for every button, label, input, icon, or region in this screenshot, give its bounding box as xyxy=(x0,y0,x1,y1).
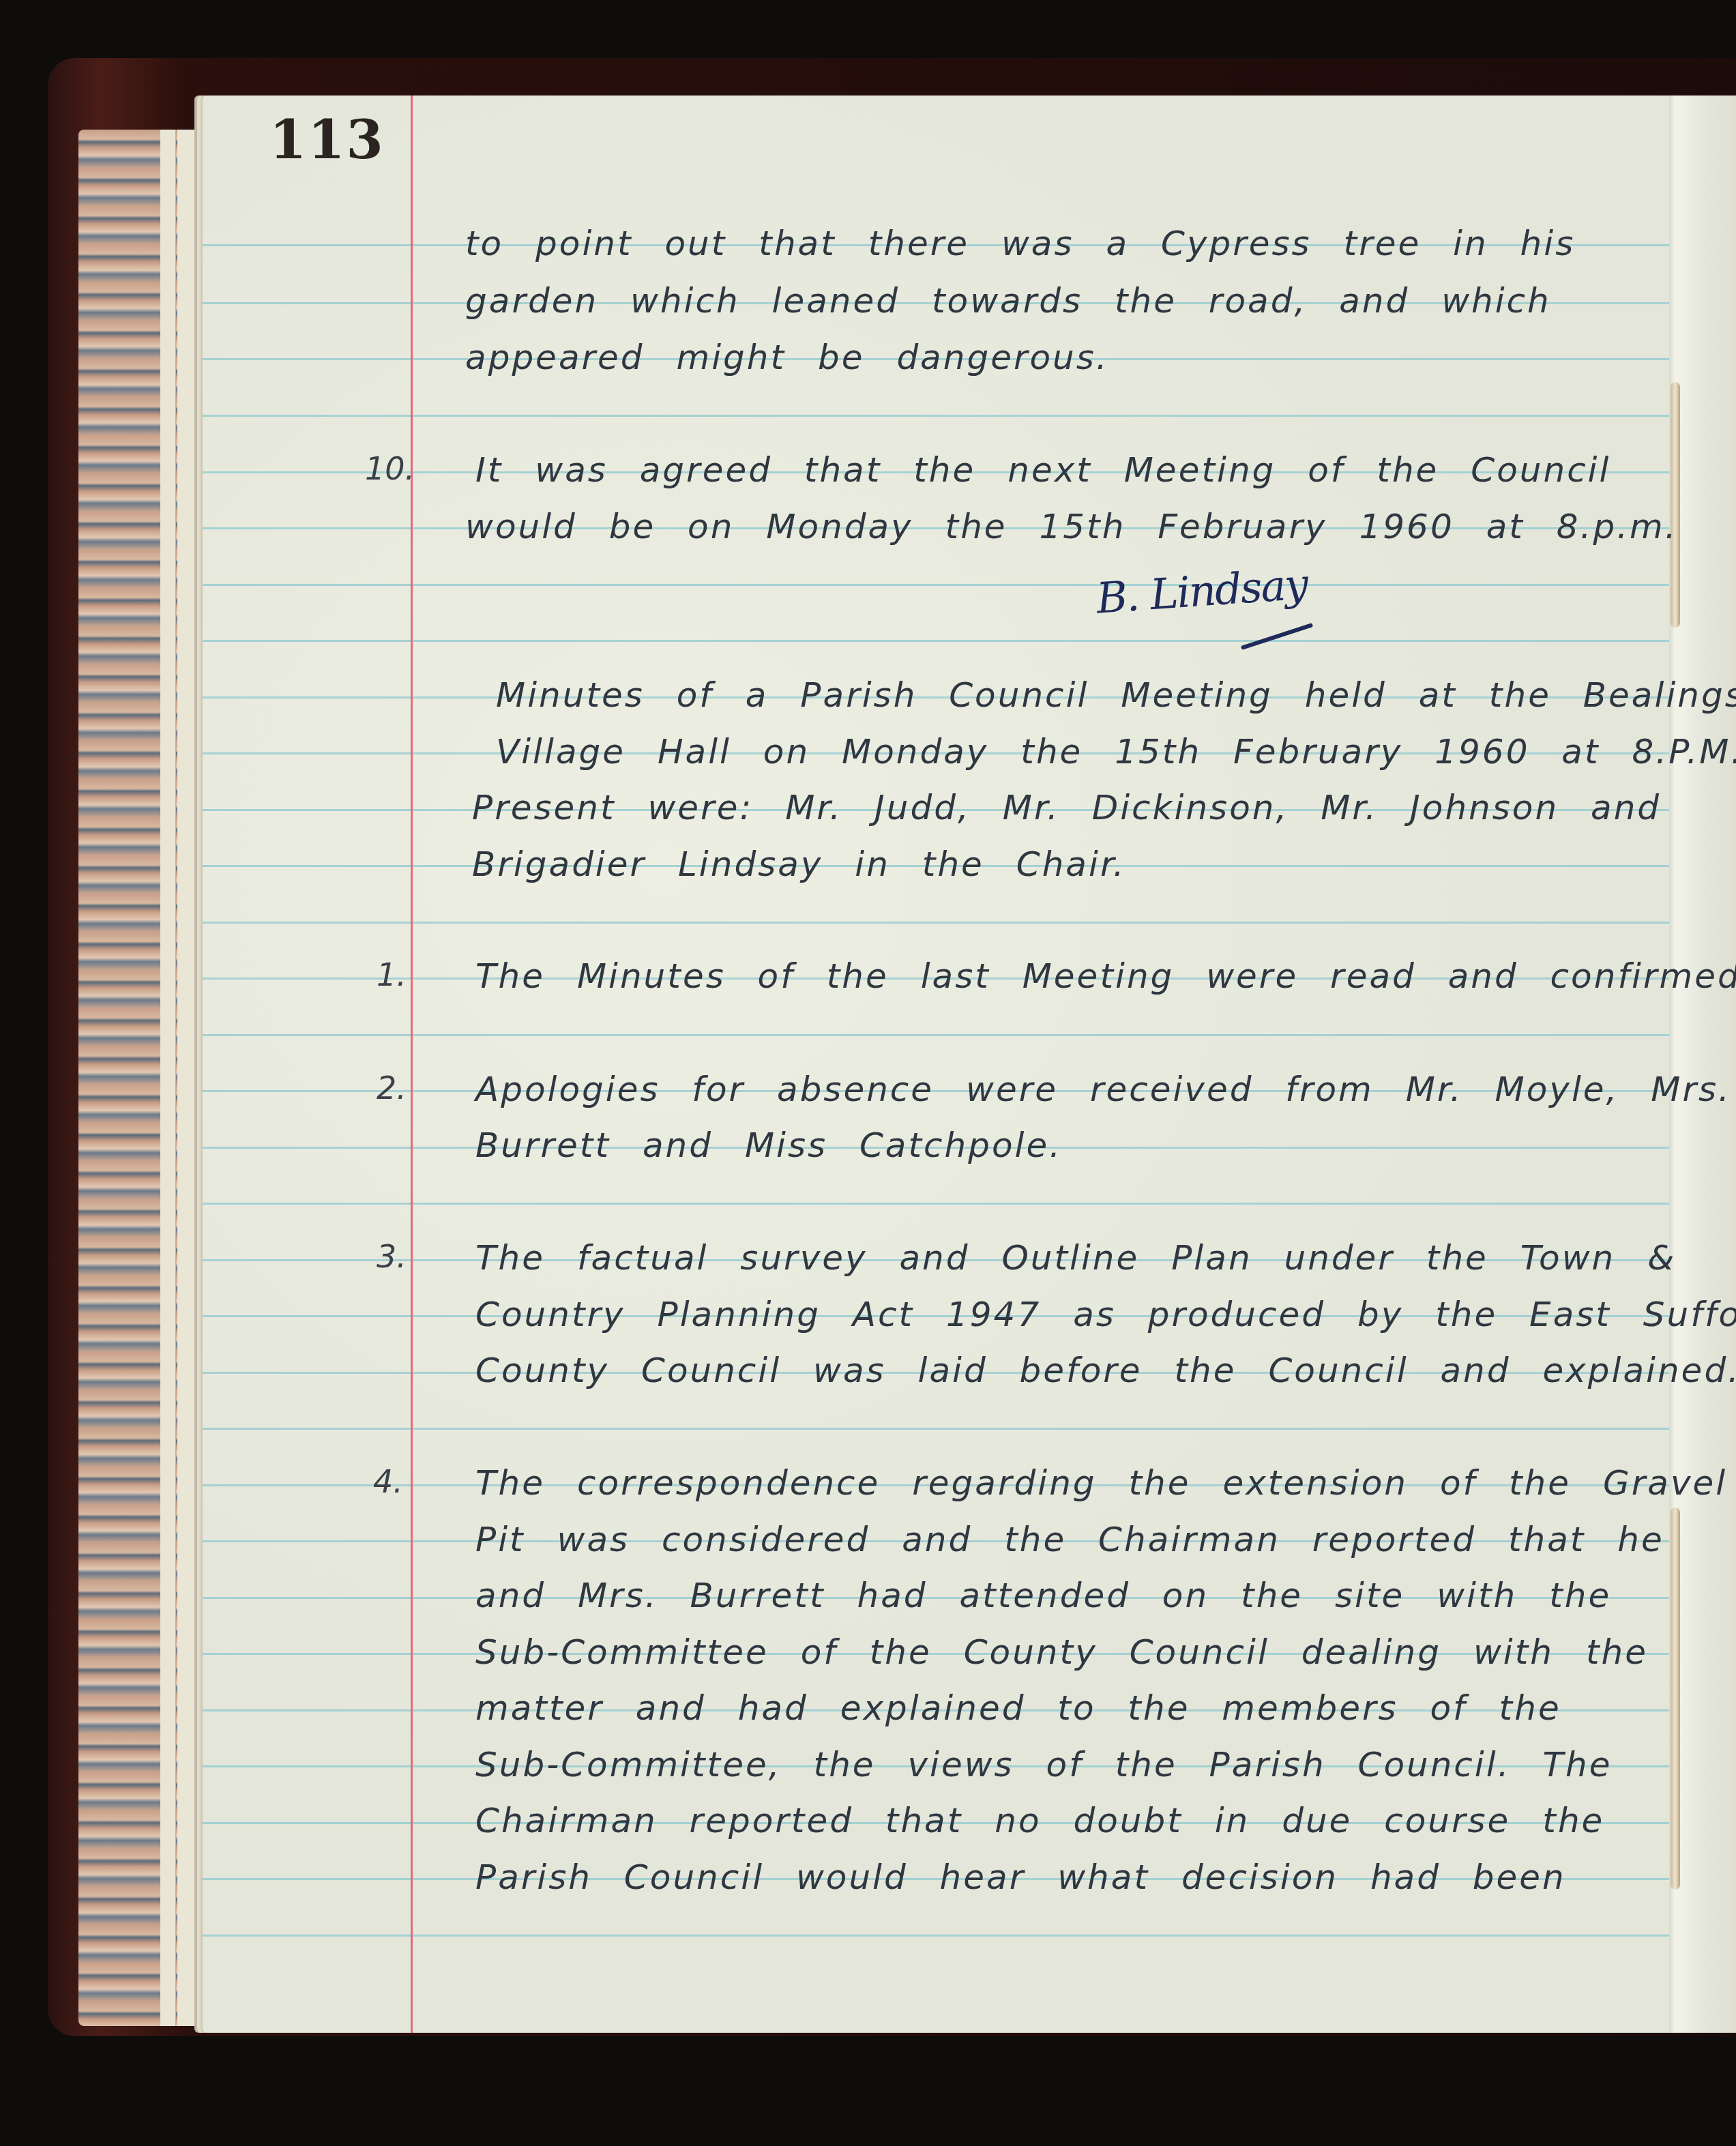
text-line: would be on Monday the 15th February 196… xyxy=(465,507,1678,546)
attendance-line: Brigadier Lindsay in the Chair. xyxy=(472,844,1126,884)
text-line: to point out that there was a Cypress tr… xyxy=(465,224,1575,263)
chairman-signature: B. Lindsay xyxy=(1095,559,1309,623)
text-line: The Minutes of the last Meeting were rea… xyxy=(475,956,1736,996)
text-line: Parish Council would hear what decision … xyxy=(475,1857,1566,1897)
margin-line xyxy=(411,95,413,2033)
text-line: garden which leaned towards the road, an… xyxy=(465,281,1551,321)
text-line: matter and had explained to the members … xyxy=(475,1688,1561,1728)
text-line: Burrett and Miss Catchpole. xyxy=(475,1126,1062,1165)
binding-thread xyxy=(1671,1508,1680,1890)
page-leaf xyxy=(160,130,176,2026)
text-line: and Mrs. Burrett had attended on the sit… xyxy=(475,1576,1611,1615)
text-line: Chairman reported that no doubt in due c… xyxy=(475,1801,1604,1840)
notebook-page: 113 to point out that there was a Cypres… xyxy=(203,95,1736,2033)
text-line: The factual survey and Outline Plan unde… xyxy=(475,1238,1676,1278)
meeting-heading-line: Village Hall on Monday the 15th February… xyxy=(496,732,1736,771)
text-line: appeared might be dangerous. xyxy=(465,338,1109,377)
text-line: Sub-Committee of the County Council deal… xyxy=(475,1632,1648,1672)
text-line: It was agreed that the next Meeting of t… xyxy=(475,450,1610,490)
text-line: Pit was considered and the Chairman repo… xyxy=(475,1520,1664,1559)
ruled-line xyxy=(203,1034,1736,1036)
item-number: 4. xyxy=(373,1463,403,1500)
ruled-line xyxy=(203,415,1736,417)
item-number: 2. xyxy=(377,1070,407,1106)
text-line: Apologies for absence were received from… xyxy=(475,1070,1731,1109)
text-line: The correspondence regarding the extensi… xyxy=(475,1463,1727,1503)
ruled-line xyxy=(203,1428,1736,1430)
ruled-line xyxy=(203,922,1736,924)
ruled-line xyxy=(203,1935,1736,1937)
text-line: Sub-Committee, the views of the Parish C… xyxy=(475,1745,1612,1784)
ruled-line xyxy=(203,640,1736,642)
text-line: County Council was laid before the Counc… xyxy=(475,1351,1736,1390)
ruled-line xyxy=(203,1203,1736,1205)
binding-thread xyxy=(1671,382,1680,628)
page-edges xyxy=(78,130,201,2026)
meeting-heading-line: Minutes of a Parish Council Meeting held… xyxy=(496,675,1736,715)
signature-underline xyxy=(1241,623,1313,650)
item-number: 1. xyxy=(377,956,407,993)
text-line: Country Planning Act 1947 as produced by… xyxy=(475,1295,1736,1334)
ruled-line xyxy=(203,584,1736,586)
item-number: 10. xyxy=(365,450,415,487)
page-number: 113 xyxy=(269,109,385,171)
item-number: 3. xyxy=(377,1238,407,1275)
attendance-line: Present were: Mr. Judd, Mr. Dickinson, M… xyxy=(472,788,1661,827)
